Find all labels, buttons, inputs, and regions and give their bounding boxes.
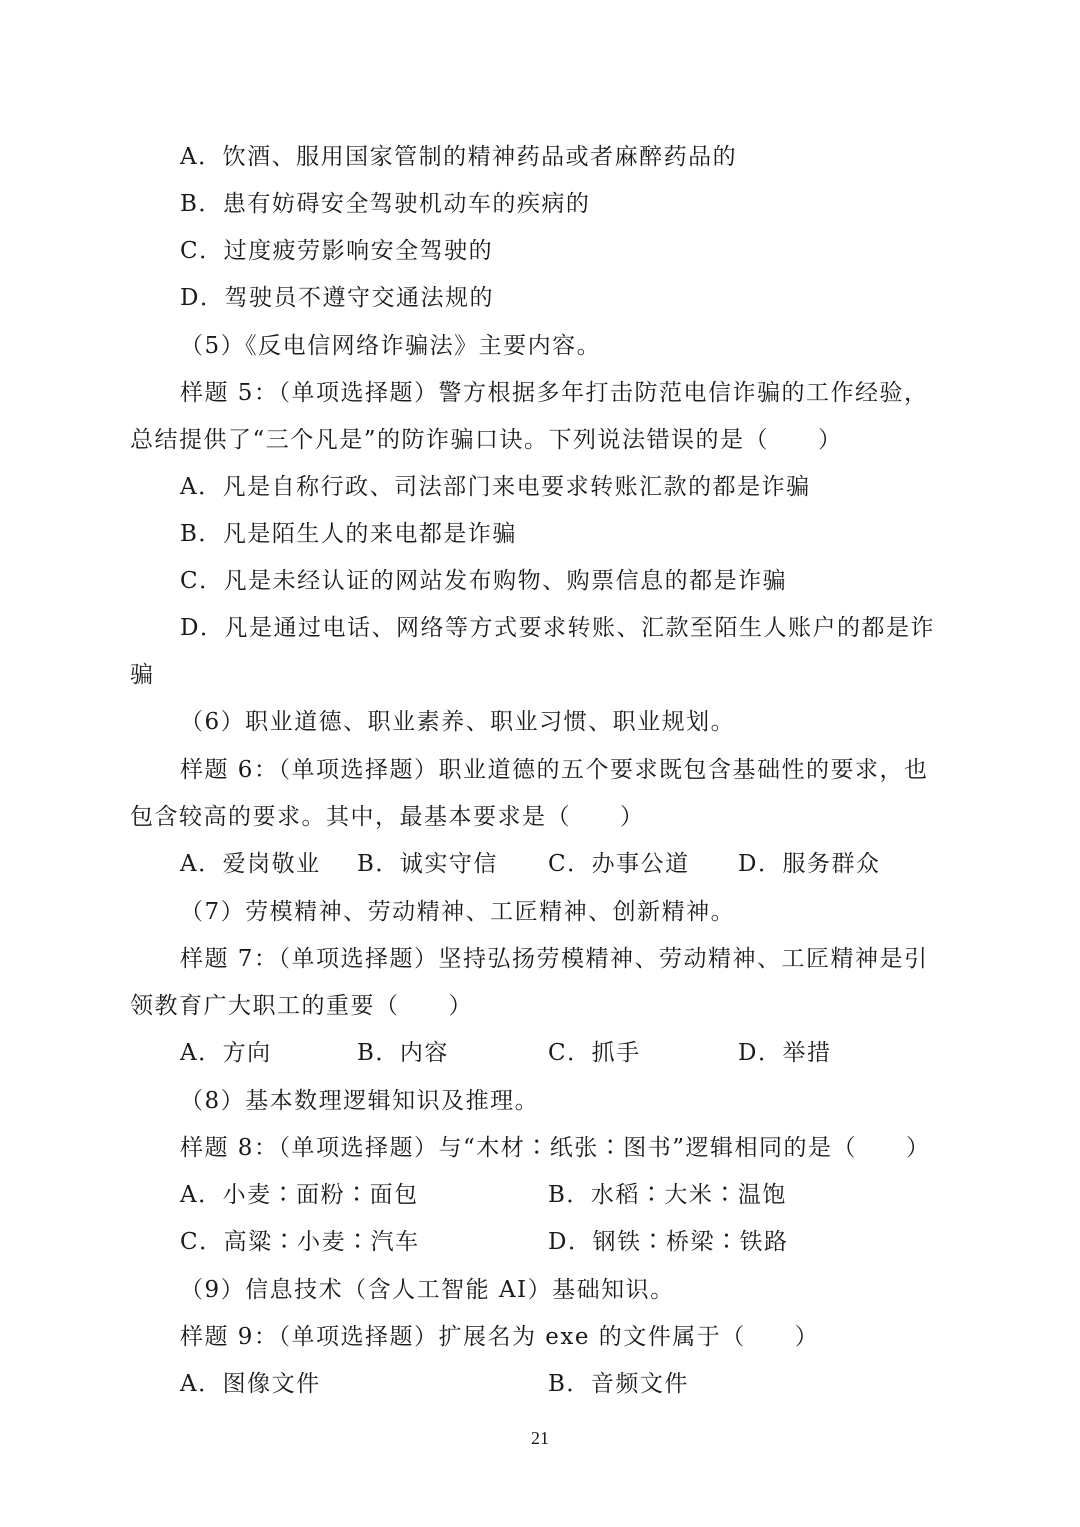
- sample-5-option-b: B．凡是陌生人的来电都是诈骗: [180, 519, 517, 549]
- sample-7-option-b: B．内容: [357, 1038, 449, 1068]
- section-8-heading: （8）基本数理逻辑知识及推理。: [180, 1086, 539, 1116]
- sample-6-option-c: C．办事公道: [548, 849, 690, 879]
- q4-option-d: D．驾驶员不遵守交通法规的: [180, 283, 494, 313]
- sample-5-question-line2: 总结提供了“三个凡是”的防诈骗口诀。下列说法错误的是（ ）: [130, 425, 843, 455]
- q4-option-c: C．过度疲劳影响安全驾驶的: [180, 236, 493, 266]
- sample-8-options-row2: C．高粱∶小麦∶汽车 D．钢铁∶桥梁∶铁路: [0, 1227, 1080, 1257]
- sample-7-options: A．方向 B．内容 C．抓手 D．举措: [0, 1038, 1080, 1068]
- sample-5-option-c: C．凡是未经认证的网站发布购物、购票信息的都是诈骗: [180, 566, 787, 596]
- sample-7-option-d: D．举措: [738, 1038, 831, 1068]
- sample-7-question-line2: 领教育广大职工的重要（ ）: [130, 991, 473, 1021]
- sample-6-question-line2: 包含较高的要求。其中，最基本要求是（ ）: [130, 802, 645, 832]
- section-9-heading: （9）信息技术（含人工智能 AI）基础知识。: [180, 1275, 675, 1305]
- section-5-heading: （5）《反电信网络诈骗法》主要内容。: [180, 331, 601, 361]
- sample-7-question-line1: 样题 7：（单项选择题）坚持弘扬劳模精神、劳动精神、工匠精神是引: [180, 944, 928, 974]
- page-number: 21: [0, 1428, 1080, 1449]
- sample-8-option-a: A．小麦∶面粉∶面包: [180, 1180, 419, 1210]
- q4-option-a: A．饮酒、服用国家管制的精神药品或者麻醉药品的: [180, 142, 737, 172]
- sample-6-options: A．爱岗敬业 B．诚实守信 C．办事公道 D．服务群众: [0, 849, 1080, 879]
- sample-9-option-a: A．图像文件: [180, 1369, 321, 1399]
- section-7-heading: （7）劳模精神、劳动精神、工匠精神、创新精神。: [180, 897, 735, 927]
- sample-8-options-row1: A．小麦∶面粉∶面包 B．水稻∶大米∶温饱: [0, 1180, 1080, 1210]
- sample-6-option-d: D．服务群众: [738, 849, 880, 879]
- sample-8-option-d: D．钢铁∶桥梁∶铁路: [548, 1227, 788, 1257]
- sample-5-question-line1: 样题 5：（单项选择题）警方根据多年打击防范电信诈骗的工作经验，: [180, 378, 928, 408]
- sample-8-option-c: C．高粱∶小麦∶汽车: [180, 1227, 420, 1257]
- sample-9-option-b: B．音频文件: [548, 1369, 689, 1399]
- q4-option-b: B．患有妨碍安全驾驶机动车的疾病的: [180, 189, 590, 219]
- sample-8-option-b: B．水稻∶大米∶温饱: [548, 1180, 787, 1210]
- sample-5-option-d: D．凡是通过电话、网络等方式要求转账、汇款至陌生人账户的都是诈: [180, 613, 935, 643]
- sample-7-option-a: A．方向: [180, 1038, 272, 1068]
- sample-9-question-line1: 样题 9：（单项选择题）扩展名为 exe 的文件属于（ ）: [180, 1322, 819, 1352]
- sample-5-option-a: A．凡是自称行政、司法部门来电要求转账汇款的都是诈骗: [180, 472, 811, 502]
- sample-9-options-row1: A．图像文件 B．音频文件: [0, 1369, 1080, 1399]
- sample-5-option-d-wrap: 骗: [130, 660, 155, 690]
- sample-8-question-line1: 样题 8：（单项选择题）与“木材∶纸张∶图书”逻辑相同的是（ ）: [180, 1133, 930, 1163]
- sample-6-question-line1: 样题 6：（单项选择题）职业道德的五个要求既包含基础性的要求，也: [180, 755, 928, 785]
- sample-7-option-c: C．抓手: [548, 1038, 641, 1068]
- sample-6-option-b: B．诚实守信: [357, 849, 498, 879]
- section-6-heading: （6）职业道德、职业素养、职业习惯、职业规划。: [180, 707, 735, 737]
- sample-6-option-a: A．爱岗敬业: [180, 849, 321, 879]
